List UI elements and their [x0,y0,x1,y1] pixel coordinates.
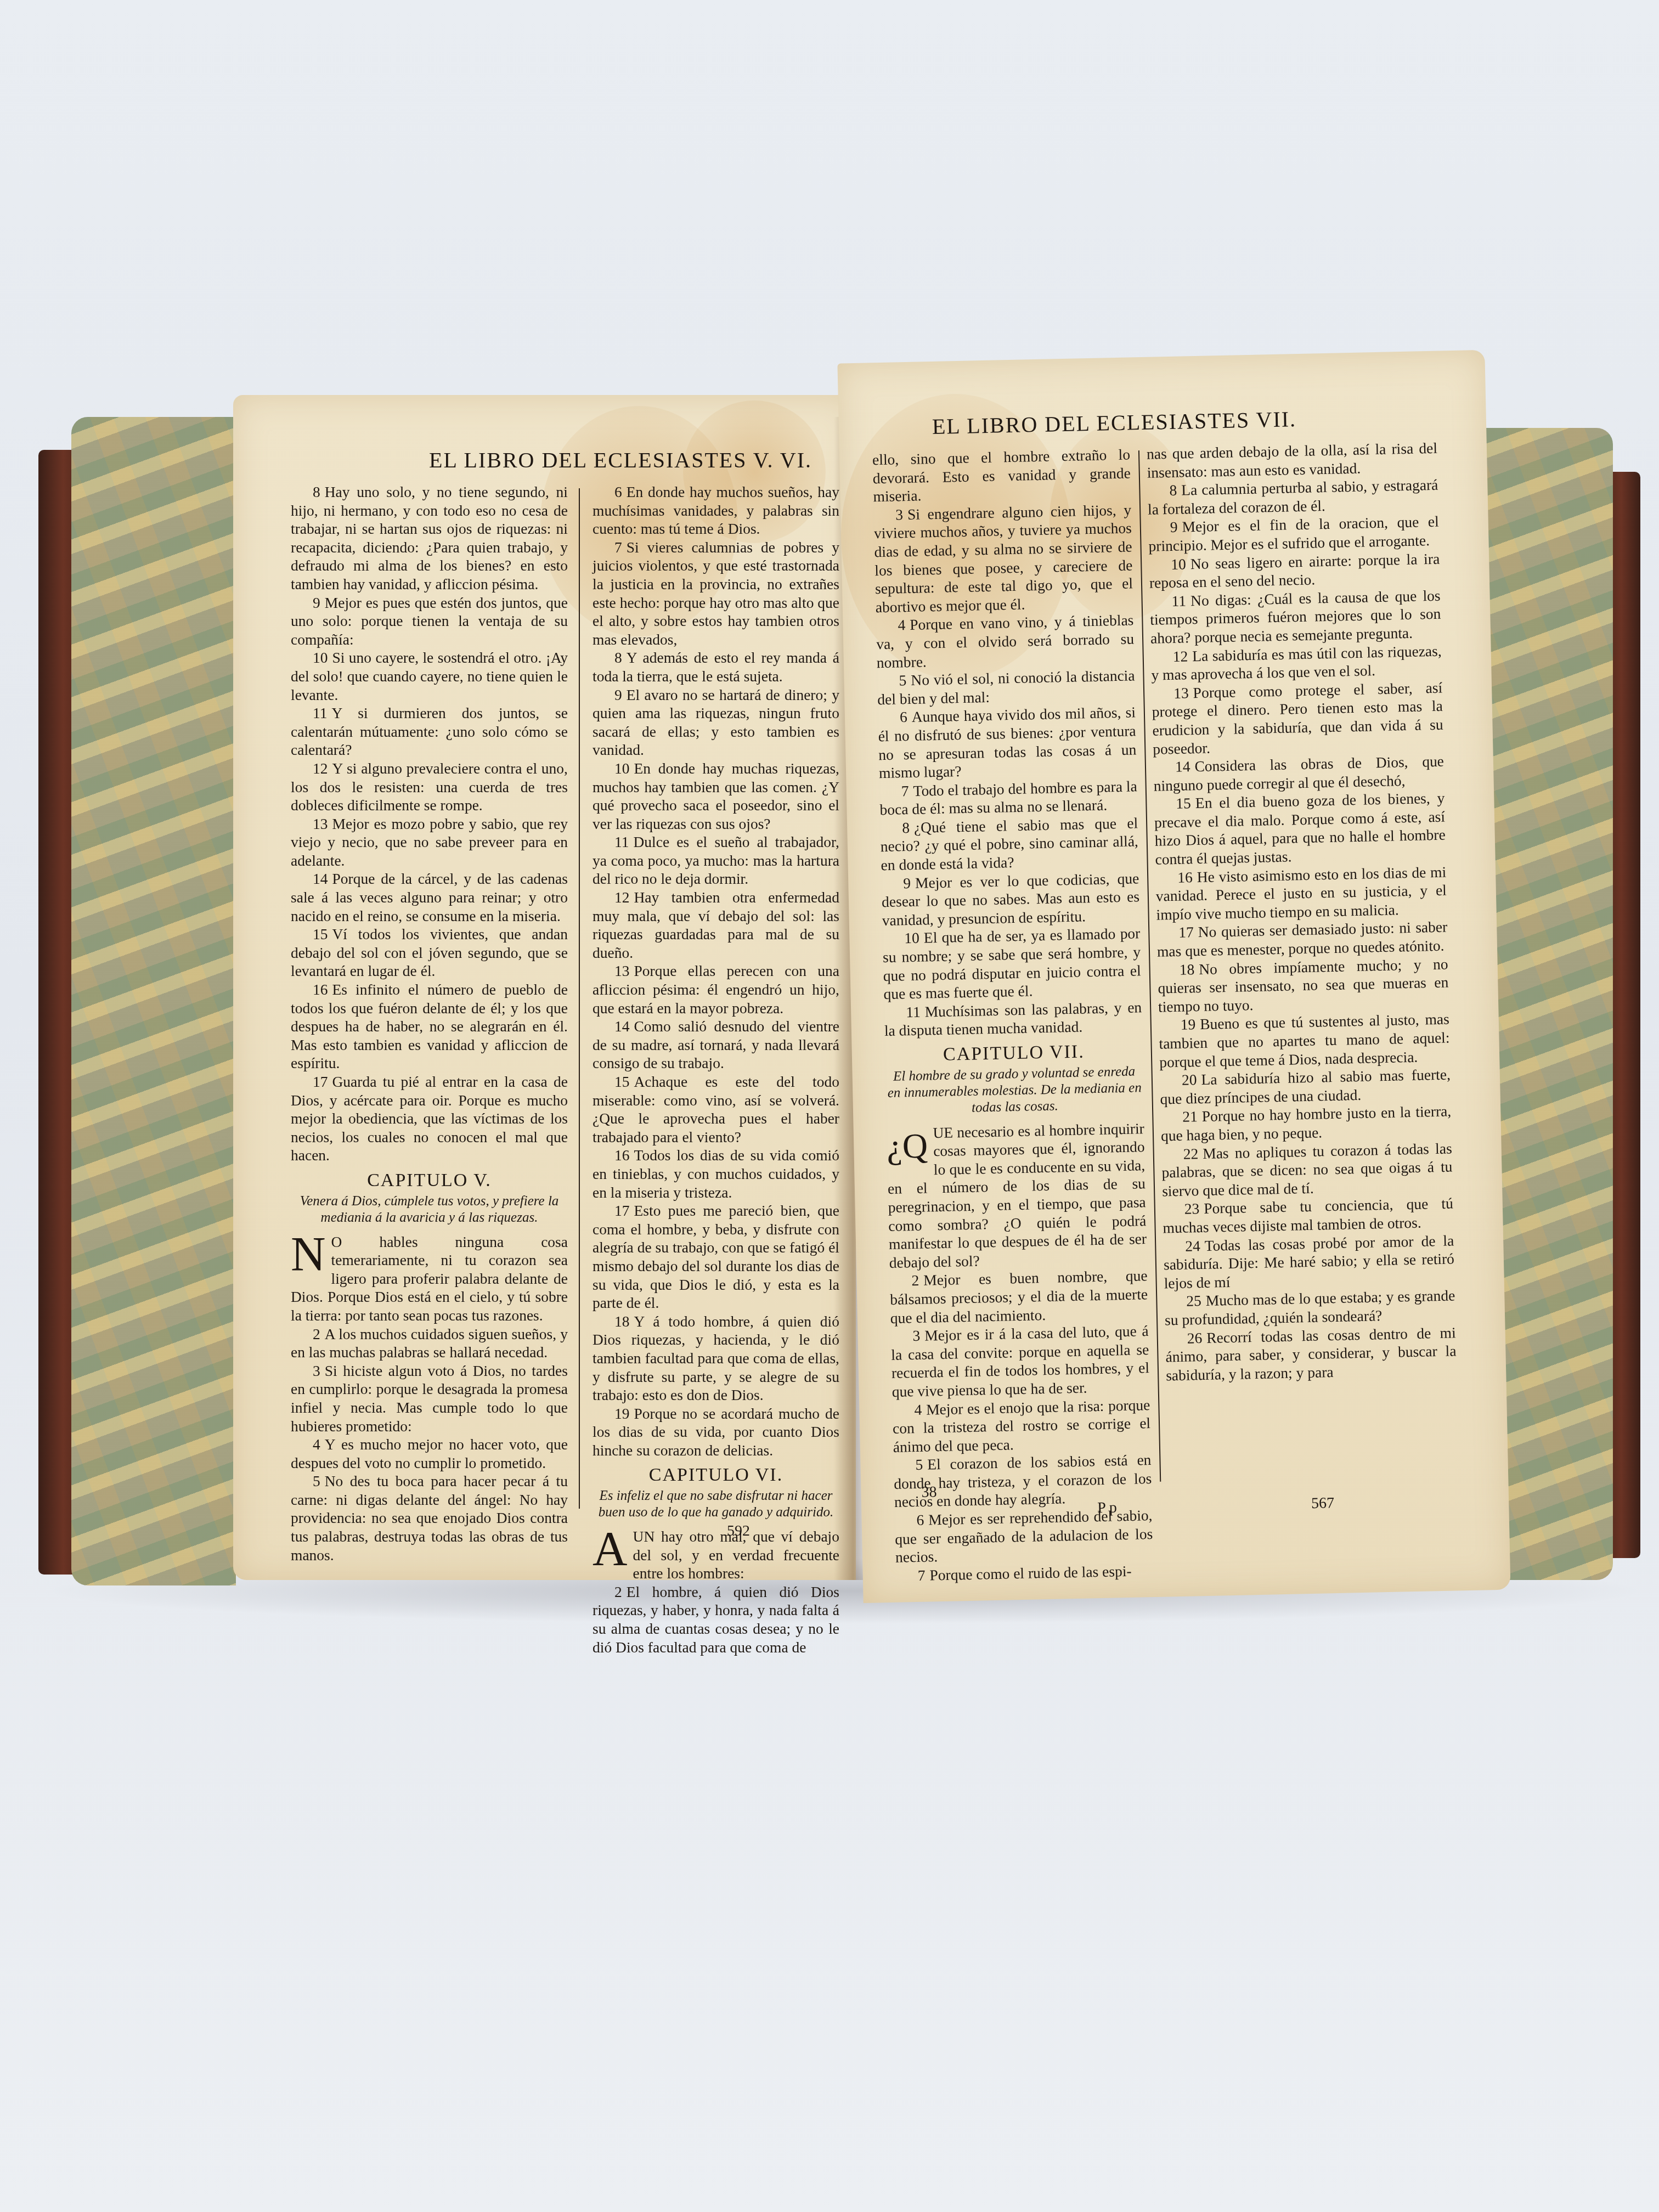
verse: 14Porque de la cárcel, y de las cadenas … [291,870,568,925]
verse: 4Mejor es el enojo que la risa: porque c… [892,1396,1151,1457]
verse-number: 26 [1187,1329,1202,1347]
drop-cap: A [592,1530,628,1569]
verse-number: 19 [614,1405,630,1422]
verse-number: 9 [903,874,911,891]
verse-number: 14 [614,1018,630,1035]
verse: 16He visto asimismo esto en los dias de … [1155,862,1447,924]
verse-text: Si vieres calumnias de pobres y juicios … [592,539,839,648]
verse-number: 4 [914,1401,922,1418]
verse-number: 16 [1177,868,1193,886]
verse-number: 13 [614,962,630,979]
signature-mark: Pp [1097,1499,1120,1517]
verse: 4Y es mucho mejor no hacer voto, que des… [291,1435,568,1472]
verse-number: 17 [614,1202,630,1219]
verse-number: 17 [1178,924,1194,941]
verse-number: 15 [614,1073,630,1090]
verse-number: 10 [614,760,630,777]
verse-list: 8Hay uno solo, y no tiene segundo, ni hi… [291,483,568,1165]
verse-number: 11 [906,1003,921,1021]
verse-number: 12 [1172,647,1188,665]
verse: 14Como salió desnudo del vientre de su m… [592,1017,839,1073]
verse-text: Es infinito el número de pueblo de todos… [291,981,568,1071]
verse: 7Si vieres calumnias de pobres y juicios… [592,538,839,649]
verse: 2A los muchos cuidados siguen sueños, y … [291,1325,568,1362]
verse-list: 2El hombre, á quien dió Dios riquezas, y… [592,1583,839,1656]
page-number: 592 [727,1522,750,1540]
verse-number: 24 [1185,1237,1200,1255]
verse: 17No quieras ser demasiado justo: ni sab… [1156,918,1448,961]
verse-text: En donde hay muchos sueños, hay muchísim… [592,483,839,537]
verse-number: 2 [313,1325,320,1342]
verse-text: Mejor es mozo pobre y sabio, que rey vie… [291,815,568,869]
chapter-heading: CAPITULO V. [291,1171,568,1190]
verse-number: 10 [904,929,919,947]
verse-text: Todo el trabajo del hombre es para la bo… [879,777,1137,818]
verse: 11Muchísimas son las palabras, y en la d… [884,998,1142,1040]
verse-text: Mejor es pues que estén dos juntos, que … [291,594,568,648]
verse-number: 5 [915,1456,923,1473]
verse-number: 15 [1176,795,1191,812]
running-head: EL LIBRO DEL ECLESIASTES V. VI. [233,447,856,473]
verse: 26Recorrí todas las cosas dentro de mi á… [1165,1323,1457,1385]
verse-number: 3 [912,1327,920,1344]
verse-number: 6 [900,708,907,725]
verse: 25Mucho mas de lo que estaba; y es grand… [1164,1286,1455,1329]
verse: 11Y si durmieren dos juntos, se calentar… [291,704,568,759]
continued-text: ello, sino que el hombre extraño lo devo… [872,445,1131,506]
verse-number: 8 [1169,482,1177,499]
verse: 7Todo el trabajo del hombre es para la b… [879,777,1137,819]
verse: 2El hombre, á quien dió Dios riquezas, y… [592,1583,839,1656]
verse-number: 14 [313,870,328,887]
verse-number: 10 [1171,555,1186,573]
verse-text: El avaro no se hartará de dinero; y quie… [592,686,839,759]
verse-list: 2A los muchos cuidados siguen sueños, y … [291,1325,568,1565]
verse: 9Mejor es pues que estén dos juntos, que… [291,594,568,649]
verse-text: Y además de esto el rey manda á toda la … [592,649,839,685]
verse-text: Muchísimas son las palabras, y en la dis… [884,998,1142,1039]
verse-number: 11 [1171,592,1186,610]
verse-number: 7 [614,539,622,556]
verse-text: No obres impíamente mucho; y no quieras … [1158,955,1449,1015]
verse-number: 2 [614,1583,622,1600]
left-page-column-1: 8Hay uno solo, y no tiene segundo, ni hi… [291,483,568,1564]
verse-number: 8 [614,649,622,666]
verse-number: 16 [313,981,328,998]
verse: 8Y además de esto el rey manda á toda la… [592,648,839,685]
verse-number: 8 [313,483,320,500]
verse-text: Considera las obras de Dios, que ninguno… [1153,753,1444,794]
verse: 10En donde hay muchas riquezas, muchos h… [592,759,839,833]
verse-text: Todas las cosas probé por amor de la sab… [1164,1232,1455,1291]
verse-number: 16 [614,1147,630,1164]
verse: 24Todas las cosas probé por amor de la s… [1163,1231,1455,1293]
verse-text: Mejor es el fin de la oracion, que el pr… [1148,513,1439,555]
verse-text: He visto asimismo esto en los dias de mi… [1156,863,1447,923]
verse-text: Guarda tu pié al entrar en la casa de Di… [291,1073,568,1164]
verse: 23Porque sabe tu conciencia, que tú much… [1163,1194,1454,1237]
verse-text: Ví todos los vivientes, que andan debajo… [291,926,568,979]
verse-text: Si uno cayere, le sostendrá el otro. ¡Ay… [291,649,568,703]
verse-text: Porque no hay hombre justo en la tierra,… [1161,1103,1452,1144]
verse-text: A los muchos cuidados siguen sueños, y e… [291,1325,568,1361]
chapter-heading: CAPITULO VII. [885,1041,1143,1065]
chapter-heading: CAPITULO VI. [592,1466,839,1485]
verse: 6Aunque haya vivido dos mil años, si él … [878,703,1137,782]
verse-text: No digas: ¿Cuál es la causa de que los t… [1150,586,1441,646]
verse: 2Mejor es buen nombre, que bálsamos prec… [889,1266,1148,1327]
chapter-opening: NO hables ninguna cosa temerariamente, n… [291,1233,568,1325]
verse-number: 11 [614,833,629,850]
verse-text: Hay uno solo, y no tiene segundo, ni hij… [291,483,568,592]
verse-text: Porque en vano vino, y á tinieblas va, y… [876,612,1135,671]
verse-number: 18 [614,1313,630,1330]
verse-number: 13 [1173,684,1189,702]
verse-number: 3 [313,1362,320,1379]
verse-number: 20 [1182,1071,1197,1088]
marbled-page-edge-left [71,417,236,1585]
verse-number: 12 [614,889,630,906]
verse-text: No des tu boca para hacer pecar á tu car… [291,1472,568,1563]
verse-text: Recorrí todas las cosas dentro de mi áni… [1165,1324,1457,1384]
verse-text: ¿Qué tiene el sabio mas que el necio? ¿y… [881,814,1139,873]
verse: 14Considera las obras de Dios, que ningu… [1153,752,1444,795]
verse-text: Y es mucho mejor no hacer voto, que desp… [291,1436,568,1471]
verse: 20La sabiduría hizo al sabio mas fuerte,… [1160,1065,1451,1108]
verse: 15En el dia bueno goza de los bienes, y … [1154,789,1446,868]
verse: 8La calumnia perturba al sabio, y estrag… [1147,476,1438,518]
verse-list: 2Mejor es buen nombre, que bálsamos prec… [889,1266,1154,1585]
verse-number: 9 [1170,518,1178,535]
verse-text: La calumnia perturba al sabio, y estraga… [1148,476,1438,518]
verse-text: Si engendrare alguno cien hijos, y vivie… [874,501,1133,616]
chapter-summary: Es infeliz el que no sabe disfrutar ni h… [592,1488,839,1521]
verse-number: 10 [313,649,328,666]
verse-number: 4 [313,1436,320,1453]
verse: 9Mejor es ver lo que codicias, que desea… [881,869,1140,930]
verse-number: 9 [313,594,320,611]
verse-text: El que ha de ser, ya es llamado por su n… [883,925,1141,1003]
verse: 5No vió el sol, ni conoció la distancia … [877,667,1135,709]
verse-number: 6 [916,1511,924,1528]
verse: 13Porque ellas perecen con una afliccion… [592,962,839,1017]
verse-number: 22 [1183,1145,1198,1163]
verse: 12Y si alguno prevaleciere contra el uno… [291,759,568,815]
verse: 18No obres impíamente mucho; y no quiera… [1157,955,1449,1016]
left-page-column-2: 6En donde hay muchos sueños, hay muchísi… [592,483,839,1656]
verse: 4Porque en vano vino, y á tinieblas va, … [876,611,1135,672]
verse-text: Mas no apliques tu corazon á todas las p… [1161,1139,1453,1199]
verse-text: Porque como protege el saber, así proteg… [1152,679,1443,757]
verse: 5No des tu boca para hacer pecar á tu ca… [291,1472,568,1564]
verse: 9El avaro no se hartará de dinero; y qui… [592,686,839,759]
verse: 12La sabiduría es mas útil con las rique… [1150,641,1442,684]
verse-number: 15 [313,926,328,943]
verse: 9Mejor es el fin de la oracion, que el p… [1148,512,1440,555]
verse: 19Porque no se acordará mucho de los dia… [592,1404,839,1460]
verse-number: 23 [1184,1200,1200,1217]
drop-cap: ¿Q [887,1126,928,1166]
chapter-opening: ¿QUE necesario es al hombre inquirir cos… [887,1119,1148,1272]
verse-number: 8 [902,819,910,836]
verse-text: Porque sabe tu conciencia, que tú muchas… [1163,1195,1453,1237]
verse-text: No seas ligero en airarte: porque la ira… [1149,550,1440,591]
verse: 12Hay tambien otra enfermedad muy mala, … [592,888,839,962]
verse-text: La sabiduría es mas útil con las riqueza… [1151,642,1442,684]
chapter-opening: AUN hay otro mal, que ví debajo del sol,… [592,1527,839,1583]
verse: 19Bueno es que tú sustentes al justo, ma… [1159,1010,1451,1071]
verse: 15Ví todos los vivientes, que andan deba… [291,925,568,980]
signature-number: 38 [921,1483,937,1502]
verse-number: 7 [901,782,909,799]
verse-text: Mejor es el enojo que la risa: porque co… [893,1396,1151,1455]
verse-number: 25 [1186,1292,1201,1310]
verse-number: 19 [1181,1016,1196,1034]
right-page-column-2: nas que arden debajo de la olla, así la … [1147,439,1457,1385]
verse-number: 11 [313,704,327,721]
verse-list: 6En donde hay muchos sueños, hay muchísi… [592,483,839,1459]
verse: 16Todos los dias de su vida comió en tin… [592,1146,839,1201]
verse-text: El hombre, á quien dió Dios riquezas, y … [592,1583,839,1656]
verse-text: Dulce es el sueño al trabajador, ya coma… [592,833,839,887]
verse: 3Si hiciste algun voto á Dios, no tardes… [291,1362,568,1435]
verse-text: No vió el sol, ni conoció la distancia d… [877,667,1135,708]
verse: 10El que ha de ser, ya es llamado por su… [882,924,1142,1003]
verse: 22Mas no apliques tu corazon á todas las… [1161,1139,1453,1200]
verse-number: 6 [614,483,622,500]
verse-number: 17 [313,1073,328,1090]
verse-number: 4 [898,616,905,633]
verse: 17Guarda tu pié al entrar en la casa de … [291,1073,568,1165]
right-page: EL LIBRO DEL ECLESIASTES VII. ello, sino… [837,350,1510,1603]
verse: 18Y á todo hombre, á quien dió Dios riqu… [592,1312,839,1404]
verse-number: 18 [1179,961,1194,978]
verse-text: Y si alguno prevaleciere contra el uno, … [291,760,568,814]
verse: 6En donde hay muchos sueños, hay muchísi… [592,483,839,538]
verse-text: Bueno es que tú sustentes al justo, mas … [1159,1011,1450,1070]
verse-text: Mucho mas de lo que estaba; y es grande … [1165,1287,1455,1329]
verse-text: Y si durmieren dos juntos, se calentarán… [291,704,568,758]
verse-number: 7 [917,1567,925,1584]
continued-text: nas que arden debajo de la olla, así la … [1147,439,1438,482]
chapter-summary: El hombre de su grado y voluntad se enre… [885,1063,1144,1118]
verse-text: La sabiduría hizo al sabio mas fuerte, q… [1160,1066,1451,1108]
verse: 11No digas: ¿Cuál es la causa de que los… [1149,586,1441,647]
verse-text: En el dia bueno goza de los bienes, y pr… [1154,789,1446,868]
verse-text: Mejor es ir á la casa del luto, que á la… [891,1322,1149,1400]
verse-text: Mejor es ver lo que codicias, que desear… [882,870,1140,929]
verse-number: 12 [313,760,328,777]
left-page: EL LIBRO DEL ECLESIASTES V. VI. 8Hay uno… [233,395,856,1580]
verse-number: 5 [899,672,906,689]
verse: 11Dulce es el sueño al trabajador, ya co… [592,833,839,888]
verse-number: 3 [895,506,903,523]
verse: 13Mejor es mozo pobre y sabio, que rey v… [291,815,568,870]
verse-text: Mejor es buen nombre, que bálsamos preci… [890,1267,1148,1326]
verse-list: 8La calumnia perturba al sabio, y estrag… [1147,476,1457,1385]
drop-cap: N [291,1235,326,1274]
verse-text: Porque como el ruido de las espi- [929,1562,1132,1584]
right-page-column-1: ello, sino que el hombre extraño lo devo… [872,445,1154,1585]
verse: 16Es infinito el número de pueblo de tod… [291,980,568,1073]
verse: 3Si engendrare alguno cien hijos, y vivi… [873,500,1133,616]
verse: 8¿Qué tiene el sabio mas que el necio? ¿… [880,814,1139,874]
verse-list: 3Si engendrare alguno cien hijos, y vivi… [873,500,1142,1040]
verse-number: 5 [313,1472,320,1489]
verse-text: No quieras ser demasiado justo: ni saber… [1157,918,1448,960]
verse-number: 2 [911,1272,919,1289]
verse-number: 14 [1175,758,1190,775]
verse-number: 9 [614,686,622,703]
verse-text: Aunque haya vivido dos mil años, si él n… [878,704,1136,782]
verse: 3Mejor es ir á la casa del luto, que á l… [890,1322,1150,1401]
chapter-summary: Venera á Dios, cúmplele tus votos, y pre… [291,1193,568,1226]
verse-text: Si hiciste algun voto á Dios, no tardes … [291,1362,568,1435]
column-rule [579,488,580,1509]
verse: 21Porque no hay hombre justo en la tierr… [1160,1102,1452,1145]
verse-number: 13 [313,815,328,832]
verse-text: Porque de la cárcel, y de las cadenas sa… [291,870,568,924]
verse: 10No seas ligero en airarte: porque la i… [1149,549,1440,592]
verse: 17Esto pues me pareció bien, que coma el… [592,1201,839,1312]
verse: 8Hay uno solo, y no tiene segundo, ni hi… [291,483,568,594]
verse-number: 21 [1182,1108,1198,1126]
page-number: 567 [1311,1494,1335,1513]
verse: 13Porque como protege el saber, así prot… [1152,678,1444,758]
verse: 15Achaque es este del todo miserable: co… [592,1073,839,1146]
verse: 10Si uno cayere, le sostendrá el otro. ¡… [291,648,568,704]
